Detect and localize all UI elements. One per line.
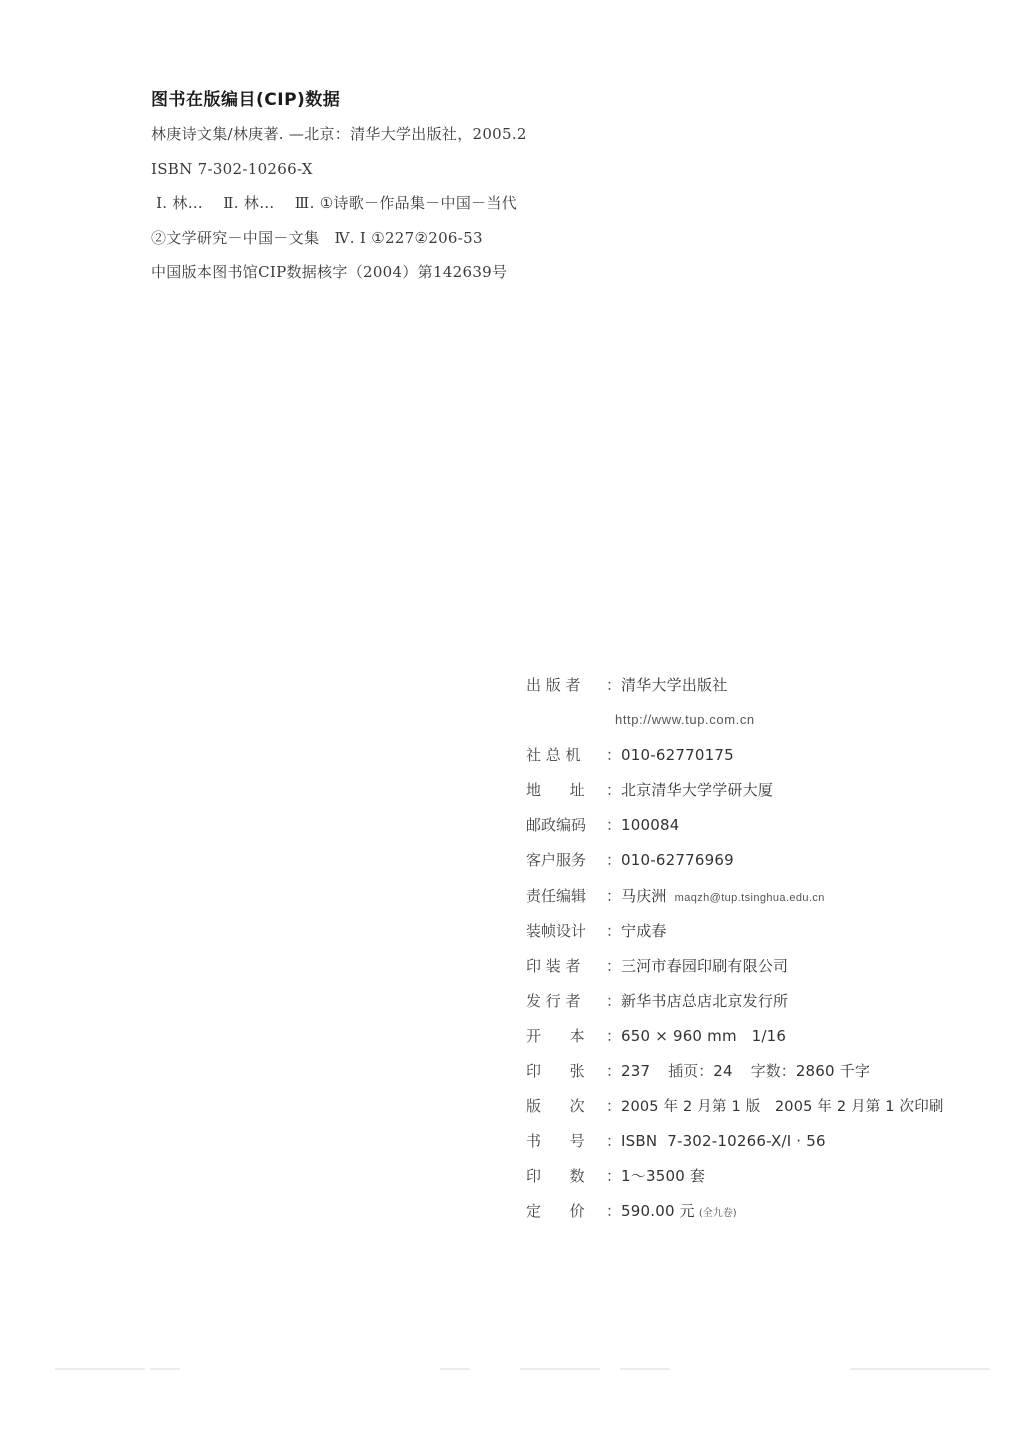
editor-value: 马庆洲 [621,883,667,909]
print-run-label: 印 数 [526,1163,606,1189]
website-link[interactable]: http://www.tup.com.cn [615,707,755,733]
edition-row: 版 次： 2005 年 2 月第 1 版 2005 年 2 月第 1 次印刷 [526,1093,944,1128]
plates-value: 24 [713,1058,733,1084]
book-number-value: ISBN 7-302-10266-X/I · 56 [621,1128,826,1154]
edition-value: 2005 年 2 月第 1 版 2005 年 2 月第 1 次印刷 [621,1094,944,1120]
publisher-row: 出 版 者： 清华大学出版社 [526,672,944,707]
customer-service-label: 客户服务 [526,847,606,873]
switchboard-row: 社 总 机： 010-62770175 [526,742,944,777]
customer-service-value: 010-62776969 [621,847,734,873]
colon: ： [781,1058,796,1084]
colon: ： [698,1058,713,1084]
colon: ： [606,1198,621,1224]
sheets-label: 印 张 [526,1058,606,1084]
sheets-value: 237 [621,1058,650,1084]
imprint-block: 出 版 者： 清华大学出版社 http://www.tup.com.cn 社 总… [526,672,944,1234]
colon: ： [606,1163,621,1189]
address-row: 地 址： 北京清华大学学研大厦 [526,777,944,812]
cover-design-row: 装帧设计： 宁成春 [526,918,944,953]
format-value: 650 × 960 mm 1/16 [621,1023,786,1049]
colon: ： [606,988,621,1014]
cip-data-block: 图书在版编目(CIP)数据 林庚诗文集/林庚著. —北京：清华大学出版社，200… [151,88,527,295]
book-number-label: 书 号 [526,1128,606,1154]
words-value: 2860 千字 [796,1058,870,1084]
editor-row: 责任编辑： 马庆洲 maqzh@tup.tsinghua.edu.cn [526,883,944,918]
cover-design-label: 装帧设计 [526,918,606,944]
cip-line-isbn: ISBN 7-302-10266-X [151,157,527,192]
colon: ： [606,672,621,698]
distributor-label: 发 行 者 [526,988,606,1014]
cip-line-verification-number: 中国版本图书馆CIP数据核字（2004）第142639号 [151,260,527,295]
publisher-label: 出 版 者 [526,672,606,698]
colon: ： [606,883,621,909]
publisher-value: 清华大学出版社 [621,672,727,698]
colon: ： [606,918,621,944]
price-row: 定 价： 590.00 元 (全九卷) [526,1198,944,1233]
cover-design-value: 宁成春 [621,918,667,944]
printer-value: 三河市春园印刷有限公司 [621,953,788,979]
colon: ： [606,1023,621,1049]
colon: ： [606,742,621,768]
format-row: 开 本： 650 × 960 mm 1/16 [526,1023,944,1058]
postcode-value: 100084 [621,812,679,838]
cip-line-classification-1: Ⅰ. 林… Ⅱ. 林… Ⅲ. ①诗歌－作品集－中国－当代 [151,191,527,226]
words-label: 字数 [751,1058,781,1084]
postcode-row: 邮政编码： 100084 [526,812,944,847]
print-run-row: 印 数： 1～3500 套 [526,1163,944,1198]
address-label: 地 址 [526,777,606,803]
switchboard-label: 社 总 机 [526,742,606,768]
editor-email[interactable]: maqzh@tup.tsinghua.edu.cn [675,885,825,911]
distributor-row: 发 行 者： 新华书店总店北京发行所 [526,988,944,1023]
colon: ： [606,1093,621,1119]
colon: ： [606,777,621,803]
price-note: (全九卷) [699,1201,737,1227]
postcode-label: 邮政编码 [526,812,606,838]
printer-row: 印 装 者： 三河市春园印刷有限公司 [526,953,944,988]
printer-label: 印 装 者 [526,953,606,979]
website-row: http://www.tup.com.cn [526,707,944,742]
cip-line-classification-2: ②文学研究－中国－文集 Ⅳ. Ⅰ ①227②206-53 [151,226,527,261]
scan-artifact-line [0,1368,1015,1372]
plates-label: 插页 [668,1058,698,1084]
colon: ： [606,812,621,838]
book-number-row: 书 号： ISBN 7-302-10266-X/I · 56 [526,1128,944,1163]
format-label: 开 本 [526,1023,606,1049]
price-label: 定 价 [526,1198,606,1224]
colon: ： [606,953,621,979]
distributor-value: 新华书店总店北京发行所 [621,988,788,1014]
print-run-value: 1～3500 套 [621,1163,705,1189]
editor-label: 责任编辑 [526,883,606,909]
cip-title: 图书在版编目(CIP)数据 [151,88,527,112]
edition-label: 版 次 [526,1093,606,1119]
switchboard-value: 010-62770175 [621,742,734,768]
colon: ： [606,847,621,873]
sheets-row: 印 张： 237 插页： 24 字数： 2860 千字 [526,1058,944,1093]
colon: ： [606,1128,621,1154]
price-value: 590.00 元 [621,1198,695,1224]
cip-line-title-author: 林庚诗文集/林庚著. —北京：清华大学出版社，2005.2 [151,122,527,157]
customer-service-row: 客户服务： 010-62776969 [526,847,944,882]
address-value: 北京清华大学学研大厦 [621,777,773,803]
colon: ： [606,1058,621,1084]
